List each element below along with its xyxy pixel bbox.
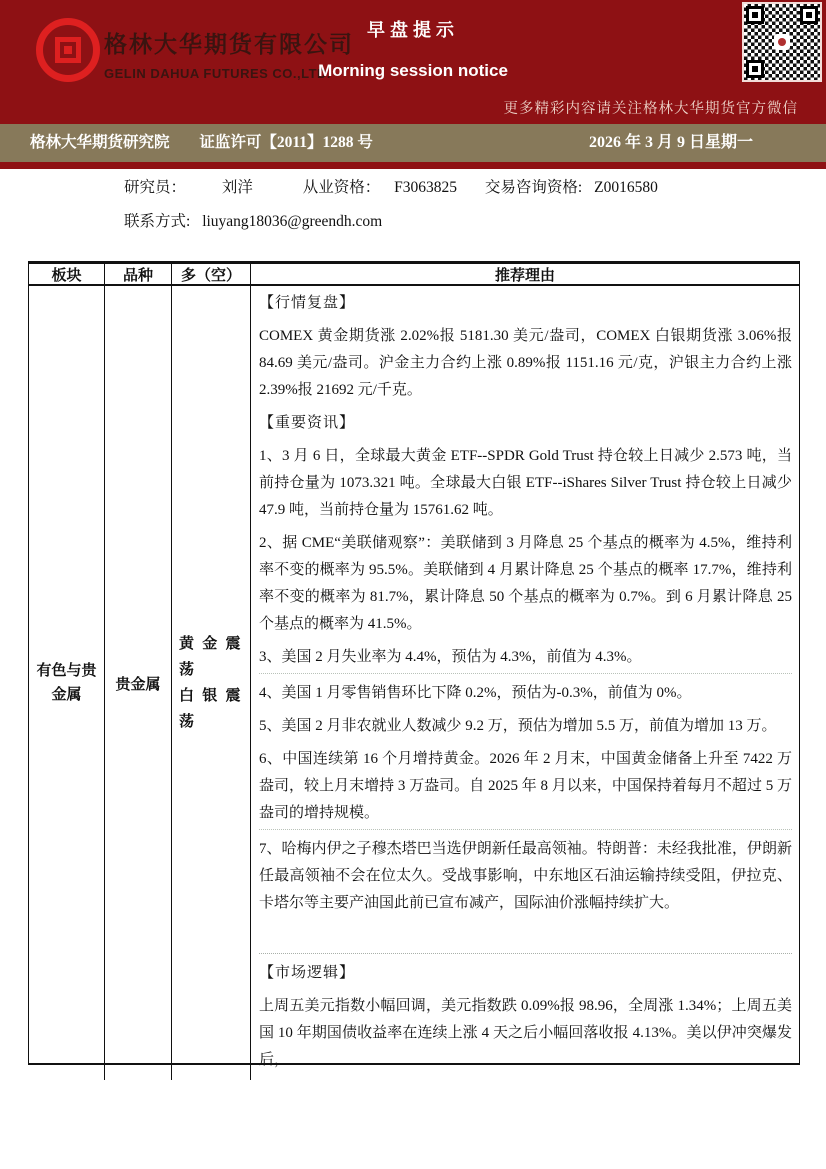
reason-cell: 【行情复盘】 COMEX 黄金期货涨 2.02%报 5181.30 美元/盎司，… xyxy=(251,286,799,1080)
news-item-6: 6、中国连续第 16 个月增持黄金。2026 年 2 月末，中国黄金储备上升至 … xyxy=(259,746,792,830)
qr-finder-top-left xyxy=(746,6,764,24)
researcher-name: 刘洋 xyxy=(222,179,253,196)
wechat-qr-frame xyxy=(742,2,822,82)
col-header-reason: 推荐理由 xyxy=(251,264,799,286)
news-item-1: 1、3 月 6 日，全球最大黄金 ETF--SPDR Gold Trust 持仓… xyxy=(259,443,792,524)
col-header-position: 多（空） xyxy=(172,264,251,286)
section-market-recap: 【行情复盘】 COMEX 黄金期货涨 2.02%报 5181.30 美元/盎司，… xyxy=(259,290,792,404)
researcher-info: 研究员： 刘洋 从业资格： F3063825 交易咨询资格: Z0016580 … xyxy=(124,177,658,245)
company-logo-inner-square xyxy=(55,37,81,63)
col-header-variety: 品种 xyxy=(105,264,172,286)
news-item-3: 3、美国 2 月失业率为 4.4%，预估为 4.3%，前值为 4.3%。 xyxy=(259,644,792,674)
advisory-qualification-label: 交易咨询资格: xyxy=(485,179,582,196)
contact-label: 联系方式: xyxy=(124,213,190,230)
contact-email: liuyang18036@greendh.com xyxy=(202,213,382,230)
recap-paragraph: COMEX 黄金期货涨 2.02%报 5181.30 美元/盎司，COMEX 白… xyxy=(259,323,792,404)
section-heading-news: 【重要资讯】 xyxy=(259,410,792,437)
qr-finder-bottom-left xyxy=(746,60,764,78)
contact-line: 联系方式: liuyang18036@greendh.com xyxy=(124,211,658,245)
section-heading-recap: 【行情复盘】 xyxy=(259,290,792,317)
position-gold: 黄金震荡 xyxy=(179,631,243,683)
wechat-follow-note: 更多精彩内容请关注格林大华期货官方微信 xyxy=(504,97,799,118)
news-item-4: 4、美国 1 月零售销售环比下降 0.2%，预估为-0.3%，前值为 0%。 xyxy=(259,680,792,707)
position-values: 黄金震荡 白银震荡 xyxy=(179,631,243,735)
news-item-7: 7、哈梅内伊之子穆杰塔巴当选伊朗新任最高领袖。特朗普：未经我批准，伊朗新任最高领… xyxy=(259,836,792,917)
csrc-license-number: 证监许可【2011】1288 号 xyxy=(199,134,373,151)
license-bar-left: 格林大华期货研究院 证监许可【2011】1288 号 xyxy=(30,124,373,162)
researcher-label: 研究员： xyxy=(124,179,186,196)
section-important-news: 【重要资讯】 1、3 月 6 日，全球最大黄金 ETF--SPDR Gold T… xyxy=(259,410,792,917)
qr-center-logo-icon xyxy=(774,34,790,50)
license-bar: 格林大华期货研究院 证监许可【2011】1288 号 2026 年 3 月 9 … xyxy=(0,124,826,162)
logic-paragraph: 上周五美元指数小幅回调，美元指数跌 0.09%报 98.96，全周涨 1.34%… xyxy=(259,993,792,1074)
recommendation-table: 板块 品种 多（空） 推荐理由 有色与贵金属 贵金属 黄金震荡 白银震荡 【行情… xyxy=(28,261,800,1065)
morning-notice-page: 格林大华期货有限公司 GELIN DAHUA FUTURES CO.,LTD. … xyxy=(0,0,826,1169)
variety-value: 贵金属 xyxy=(115,673,160,694)
reason-content: 【行情复盘】 COMEX 黄金期货涨 2.02%报 5181.30 美元/盎司，… xyxy=(251,286,799,1080)
wechat-qr-code-icon xyxy=(744,4,820,80)
practice-qualification-number: F3063825 xyxy=(394,179,457,196)
company-logo-center-dot xyxy=(64,46,72,54)
position-cell: 黄金震荡 白银震荡 xyxy=(172,286,251,1080)
col-header-sector: 板块 xyxy=(29,264,105,286)
position-silver: 白银震荡 xyxy=(179,683,243,735)
news-item-2: 2、据 CME“美联储观察”：美联储到 3 月降息 25 个基点的概率为 4.5… xyxy=(259,530,792,638)
advisory-qualification-number: Z0016580 xyxy=(594,179,658,196)
sector-value: 有色与贵金属 xyxy=(29,659,104,707)
practice-qualification-label: 从业资格： xyxy=(303,179,381,196)
institute-name: 格林大华期货研究院 xyxy=(30,134,170,151)
report-title-cn: 早盘提示 xyxy=(253,16,573,42)
report-date: 2026 年 3 月 9 日星期一 xyxy=(589,124,753,162)
report-title-en: Morning session notice xyxy=(253,61,573,81)
company-logo-icon xyxy=(36,18,100,82)
top-banner: 格林大华期货有限公司 GELIN DAHUA FUTURES CO.,LTD. … xyxy=(0,0,826,124)
section-heading-logic: 【市场逻辑】 xyxy=(259,960,792,987)
researcher-line: 研究员： 刘洋 从业资格： F3063825 交易咨询资格: Z0016580 xyxy=(124,177,658,211)
section-market-logic: 【市场逻辑】 上周五美元指数小幅回调，美元指数跌 0.09%报 98.96，全周… xyxy=(259,953,792,1074)
report-title-block: 早盘提示 Morning session notice xyxy=(253,16,573,81)
qr-finder-top-right xyxy=(800,6,818,24)
variety-cell: 贵金属 xyxy=(105,286,172,1080)
news-item-5: 5、美国 2 月非农就业人数减少 9.2 万，预估为增加 5.5 万，前值为增加… xyxy=(259,713,792,740)
red-divider-strip xyxy=(0,162,826,169)
sector-cell: 有色与贵金属 xyxy=(29,286,105,1080)
